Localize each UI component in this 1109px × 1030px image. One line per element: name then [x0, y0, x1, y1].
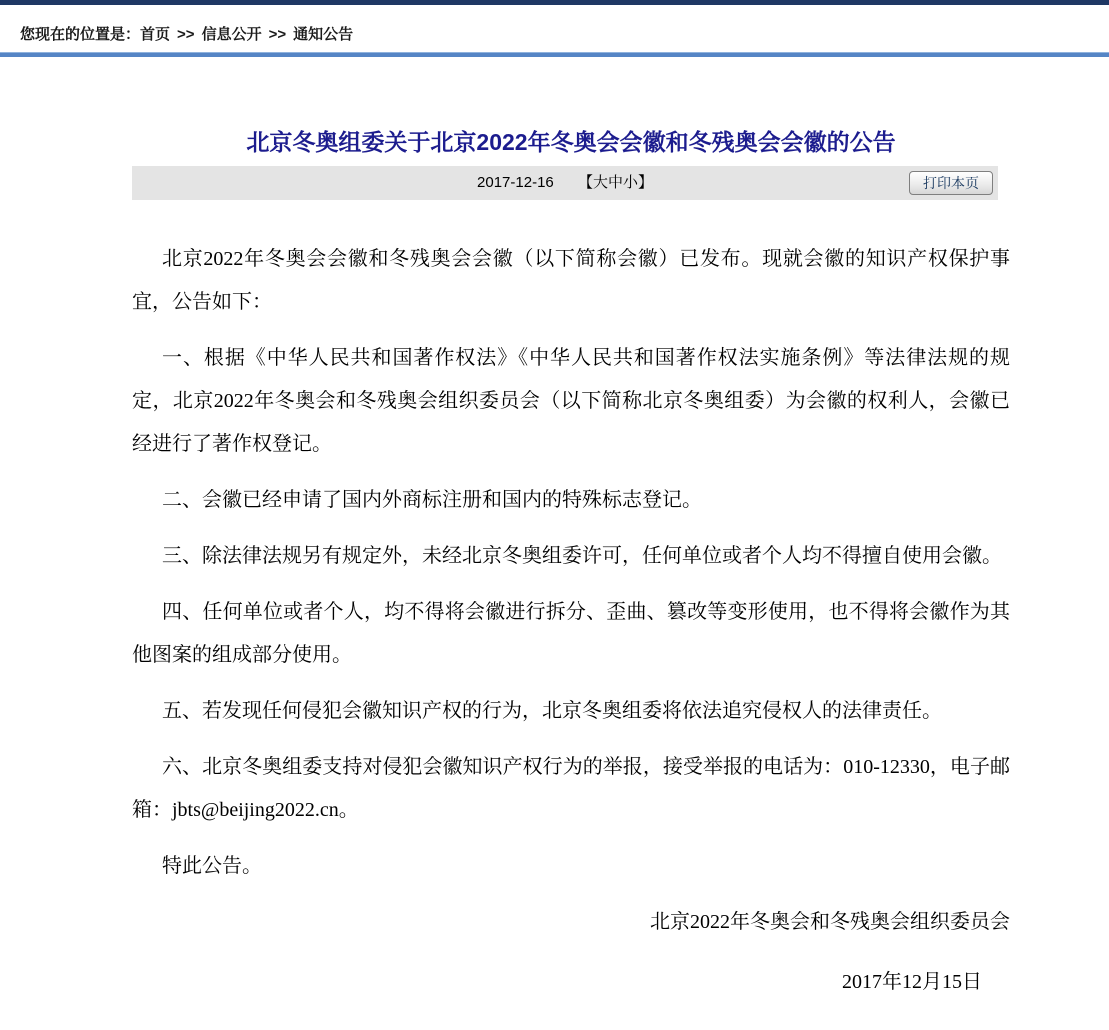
signature: 北京2022年冬奥会和冬残奥会组织委员会: [132, 901, 1010, 944]
publish-date: 2017-12-16: [477, 174, 554, 191]
breadcrumb-prefix-label: 您现在的位置是：: [20, 26, 140, 43]
article-title: 北京冬奥组委关于北京2022年冬奥会会徽和冬残奥会会徽的公告: [132, 127, 1010, 157]
signature-date: 2017年12月15日: [132, 961, 982, 1004]
article-paragraph: 特此公告。: [132, 845, 1010, 888]
breadcrumb-link-notices[interactable]: 通知公告: [293, 26, 353, 43]
article-paragraph: 三、除法律法规另有规定外，未经北京冬奥组委许可，任何单位或者个人均不得擅自使用会…: [132, 535, 1010, 578]
breadcrumb-separator: >>: [177, 26, 195, 43]
breadcrumb: 您现在的位置是：首页>>信息公开>>通知公告: [0, 5, 1109, 52]
article-paragraph: 二、会徽已经申请了国内外商标注册和国内的特殊标志登记。: [132, 479, 1010, 522]
breadcrumb-link-home[interactable]: 首页: [140, 26, 170, 43]
breadcrumb-link-info-disclosure[interactable]: 信息公开: [202, 26, 262, 43]
article-paragraph: 北京2022年冬奥会会徽和冬残奥会会徽（以下简称会徽）已发布。现就会徽的知识产权…: [132, 238, 1010, 324]
font-size-selector[interactable]: 【大中小】: [578, 174, 653, 191]
article-paragraph: 四、任何单位或者个人，均不得将会徽进行拆分、歪曲、篡改等变形使用，也不得将会徽作…: [132, 591, 1010, 677]
article-meta-bar: 2017-12-16 【大中小】 打印本页: [132, 166, 998, 200]
article-paragraph: 六、北京冬奥组委支持对侵犯会徽知识产权行为的举报，接受举报的电话为：010-12…: [132, 746, 1010, 832]
breadcrumb-separator: >>: [269, 26, 287, 43]
article-paragraph: 五、若发现任何侵犯会徽知识产权的行为，北京冬奥组委将依法追究侵权人的法律责任。: [132, 690, 1010, 733]
breadcrumb-divider: [0, 52, 1109, 57]
article-paragraph: 一、根据《中华人民共和国著作权法》《中华人民共和国著作权法实施条例》等法律法规的…: [132, 337, 1010, 466]
article-body: 北京2022年冬奥会会徽和冬残奥会会徽（以下简称会徽）已发布。现就会徽的知识产权…: [132, 238, 1010, 1004]
article-page: 北京冬奥组委关于北京2022年冬奥会会徽和冬残奥会会徽的公告 2017-12-1…: [132, 127, 1010, 1004]
print-page-button[interactable]: 打印本页: [909, 171, 993, 195]
